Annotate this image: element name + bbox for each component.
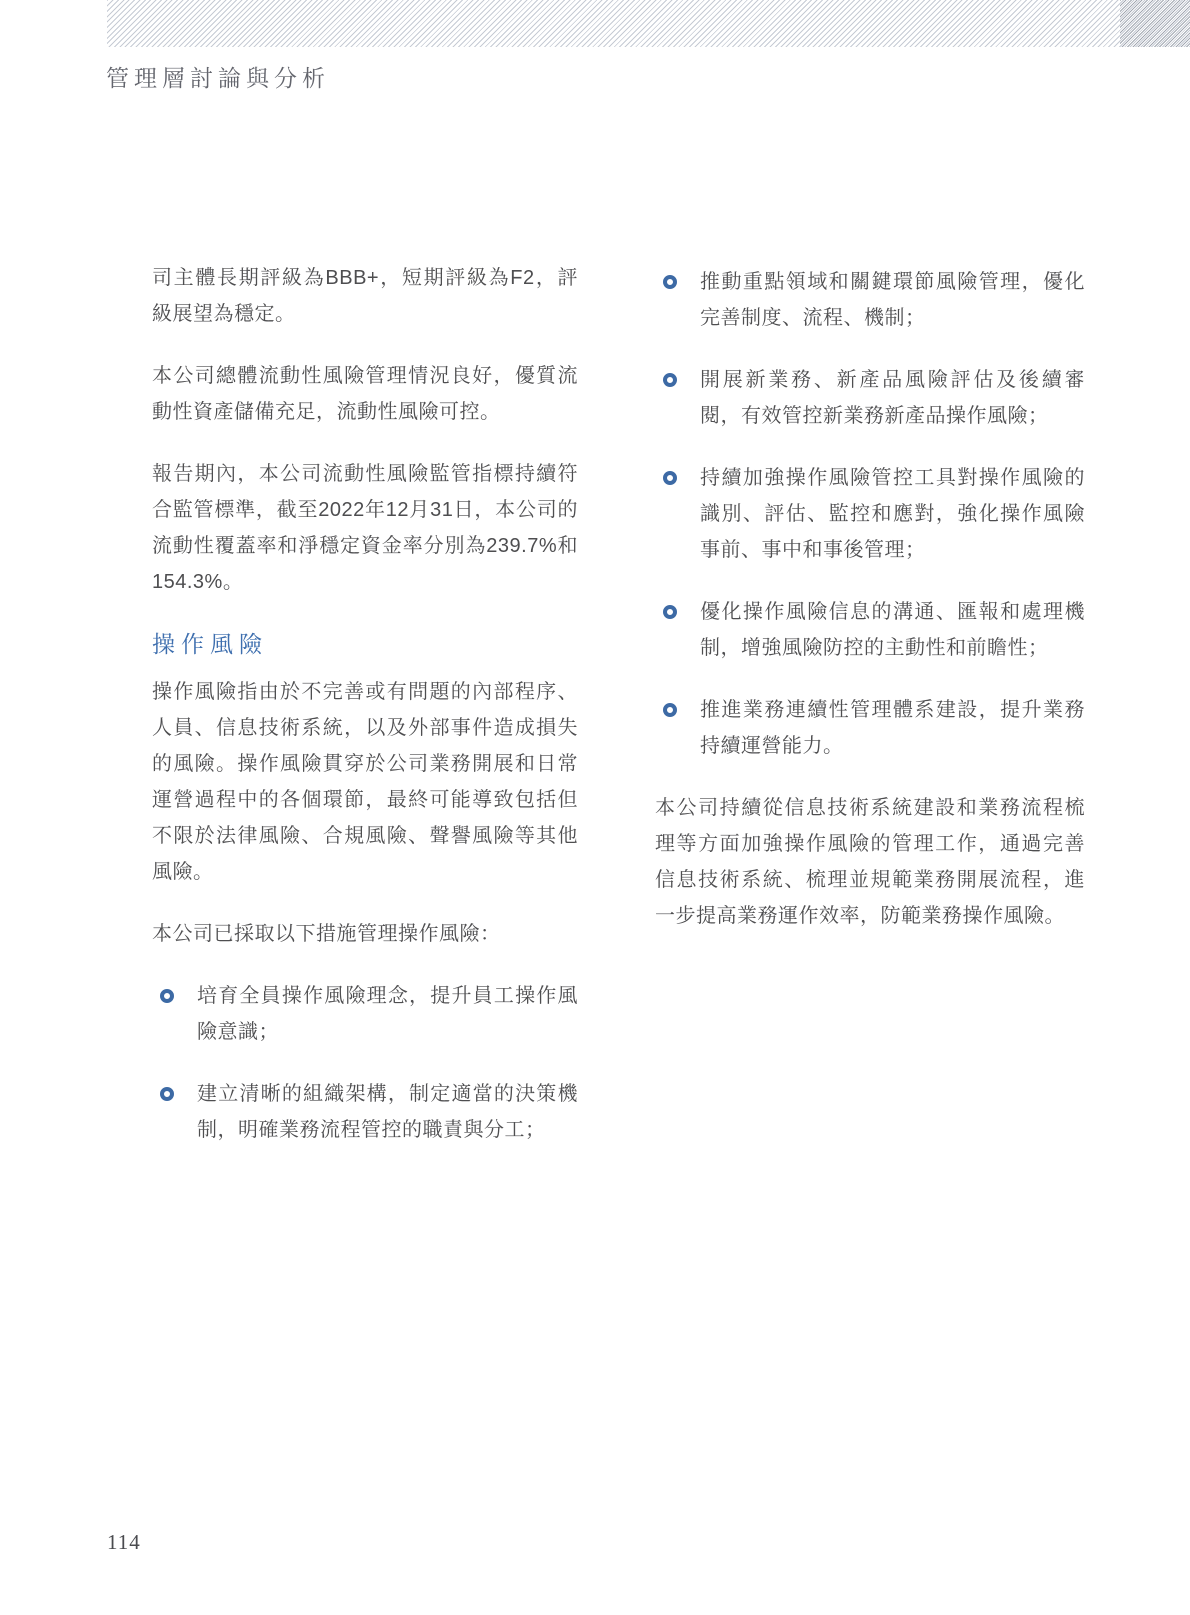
paragraph-liquidity-metrics: 報告期內，本公司流動性風險監管指標持續符合監管標準，截至2022年12月31日，… [152, 456, 578, 600]
blue-ring-bullet-icon [663, 605, 677, 619]
blue-ring-bullet-icon [160, 1087, 174, 1101]
bullet-item: 培育全員操作風險理念，提升員工操作風險意識； [152, 978, 578, 1050]
section-heading-operational-risk: 操作風險 [152, 626, 578, 662]
bullet-item: 持續加強操作風險管控工具對操作風險的識別、評估、監控和應對，強化操作風險事前、事… [655, 460, 1085, 568]
paragraph-closing: 本公司持續從信息技術系統建設和業務流程梳理等方面加強操作風險的管理工作，通過完善… [655, 790, 1085, 934]
bullet-item: 建立清晰的組織架構，制定適當的決策機制，明確業務流程管控的職責與分工； [152, 1076, 578, 1148]
hatch-pattern-band [107, 0, 1190, 47]
paragraph-liquidity-overview: 本公司總體流動性風險管理情況良好，優質流動性資產儲備充足，流動性風險可控。 [152, 358, 578, 430]
bullet-text: 持續加強操作風險管控工具對操作風險的識別、評估、監控和應對，強化操作風險事前、事… [700, 460, 1085, 568]
left-column: 司主體長期評級為BBB+，短期評級為F2，評級展望為穩定。 本公司總體流動性風險… [152, 260, 578, 1174]
bullet-text: 培育全員操作風險理念，提升員工操作風險意識； [197, 978, 578, 1050]
bullet-item: 優化操作風險信息的溝通、匯報和處理機制，增強風險防控的主動性和前瞻性； [655, 594, 1085, 666]
bullet-item: 開展新業務、新產品風險評估及後續審閱，有效管控新業務新產品操作風險； [655, 362, 1085, 434]
bullet-text: 建立清晰的組織架構，制定適當的決策機制，明確業務流程管控的職責與分工； [197, 1076, 578, 1148]
blue-ring-bullet-icon [160, 989, 174, 1003]
paragraph-rating: 司主體長期評級為BBB+，短期評級為F2，評級展望為穩定。 [152, 260, 578, 332]
page-number: 114 [107, 1530, 141, 1555]
bullet-item: 推動重點領域和關鍵環節風險管理，優化完善制度、流程、機制； [655, 264, 1085, 336]
bullet-text: 推進業務連續性管理體系建設，提升業務持續運營能力。 [700, 692, 1085, 764]
bullet-text: 推動重點領域和關鍵環節風險管理，優化完善制度、流程、機制； [700, 264, 1085, 336]
blue-ring-bullet-icon [663, 373, 677, 387]
paragraph-measures-intro: 本公司已採取以下措施管理操作風險： [152, 916, 578, 952]
right-column: 推動重點領域和關鍵環節風險管理，優化完善制度、流程、機制； 開展新業務、新產品風… [655, 260, 1085, 960]
bullet-text: 開展新業務、新產品風險評估及後續審閱，有效管控新業務新產品操作風險； [700, 362, 1085, 434]
bullet-text: 優化操作風險信息的溝通、匯報和處理機制，增強風險防控的主動性和前瞻性； [700, 594, 1085, 666]
blue-ring-bullet-icon [663, 703, 677, 717]
blue-ring-bullet-icon [663, 471, 677, 485]
page-header-title: 管理層討論與分析 [106, 60, 330, 93]
blue-ring-bullet-icon [663, 275, 677, 289]
bullet-item: 推進業務連續性管理體系建設，提升業務持續運營能力。 [655, 692, 1085, 764]
paragraph-operational-risk-definition: 操作風險指由於不完善或有問題的內部程序、人員、信息技術系統，以及外部事件造成損失… [152, 674, 578, 890]
